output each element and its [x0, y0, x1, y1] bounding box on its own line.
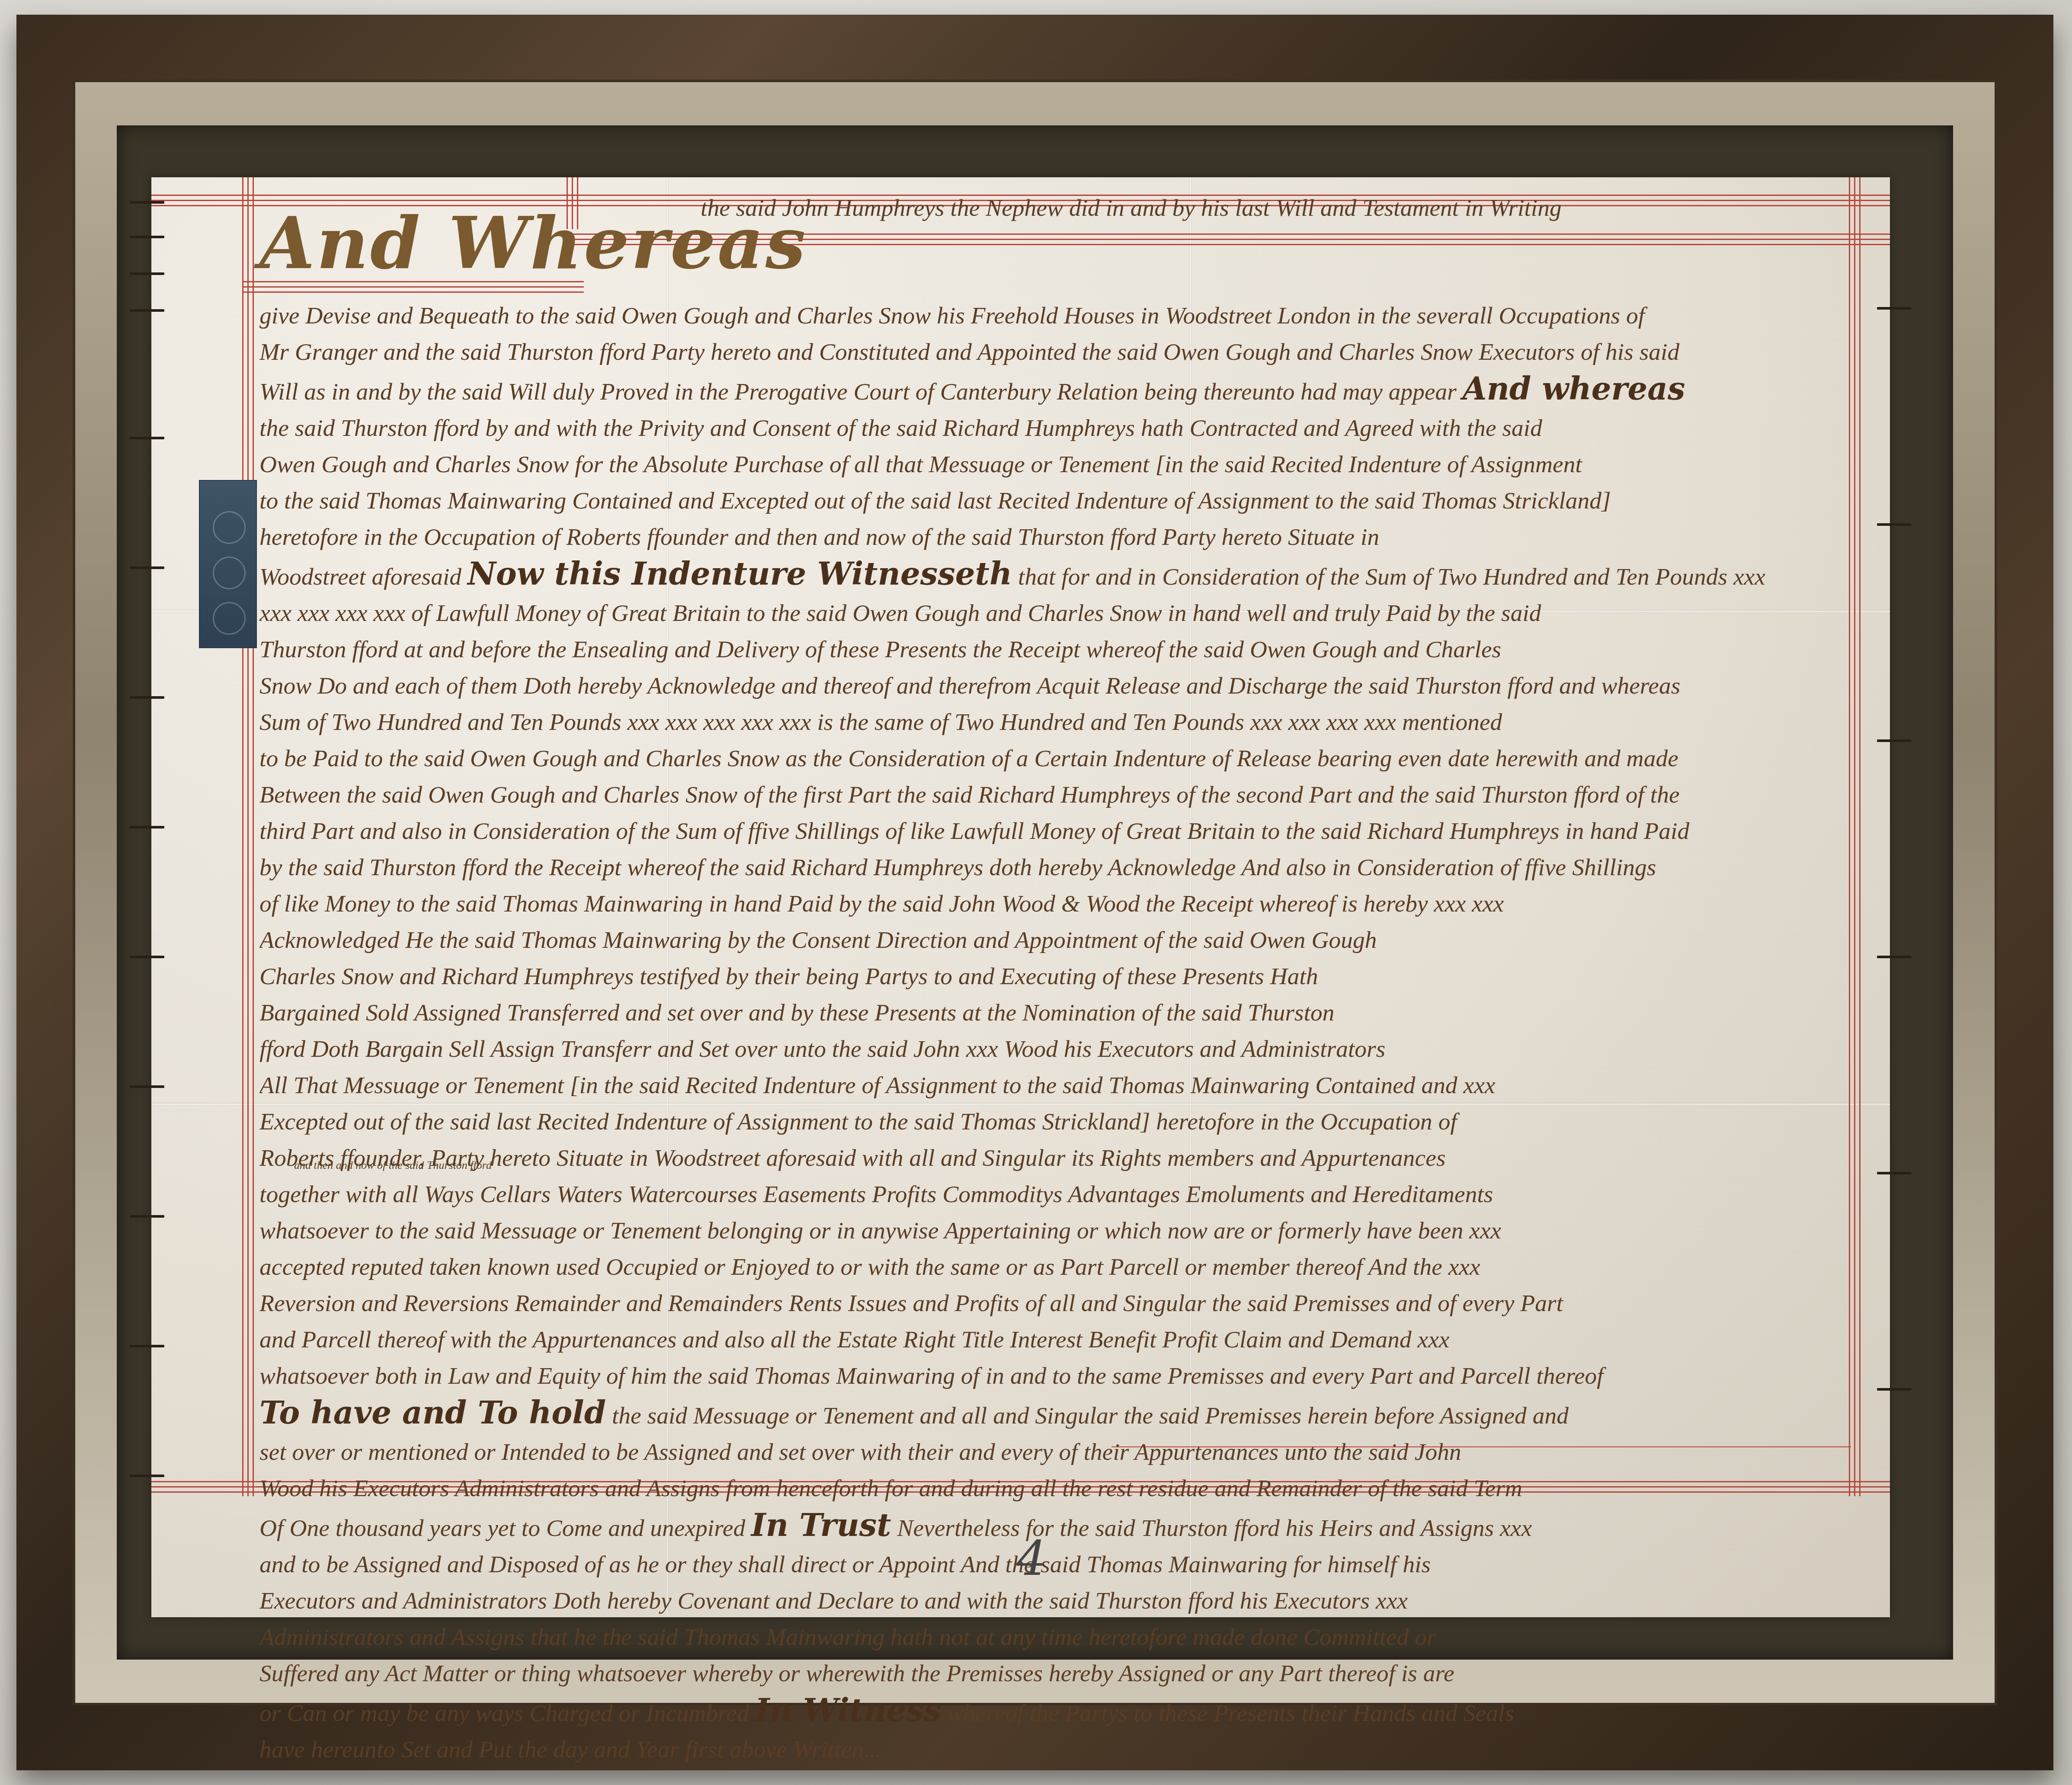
stitch — [130, 236, 164, 238]
text-line: Between the said Owen Gough and Charles … — [259, 777, 1842, 813]
text-line: Of One thousand years yet to Come and un… — [259, 1507, 1842, 1547]
text-line: Suffered any Act Matter or thing whatsoe… — [259, 1656, 1842, 1692]
text-line: to the said Thomas Mainwaring Contained … — [259, 483, 1842, 519]
text-line: the said John Humphreys the Nephew did i… — [259, 190, 1842, 227]
stitch — [1877, 1388, 1912, 1391]
parchment-document: And Whereas the said John Humphreys the … — [151, 177, 1890, 1617]
stitch — [130, 201, 164, 204]
text-line: to be Paid to the said Owen Gough and Ch… — [259, 741, 1842, 777]
text-line: and to be Assigned and Disposed of as he… — [259, 1547, 1842, 1583]
text-line: xxx xxx xxx xxx of Lawfull Money of Grea… — [259, 595, 1842, 632]
stitch — [1877, 739, 1912, 742]
text-line: by the said Thurston fford the Receipt w… — [259, 850, 1842, 886]
text-line: whatsoever to the said Messuage or Tenem… — [259, 1213, 1842, 1249]
stitch — [130, 272, 164, 275]
red-rule-right — [1849, 177, 1850, 1496]
red-rule-right — [1854, 177, 1855, 1496]
stitch — [130, 696, 164, 699]
red-rule-right — [1859, 177, 1861, 1496]
stitch — [1877, 1172, 1912, 1174]
text-line: Bargained Sold Assigned Transferred and … — [259, 995, 1842, 1031]
text-line: of like Money to the said Thomas Mainwar… — [259, 886, 1842, 922]
stitch — [1877, 523, 1912, 526]
text-line: give Devise and Bequeath to the said Owe… — [259, 298, 1842, 334]
text-line: Excepted out of the said last Recited In… — [259, 1104, 1842, 1140]
text-line: the said Thurston fford by and with the … — [259, 410, 1842, 447]
stitch — [130, 1345, 164, 1347]
text-line: accepted reputed taken known used Occupi… — [259, 1249, 1842, 1286]
text-line: Executors and Administrators Doth hereby… — [259, 1583, 1842, 1619]
text-line: Charles Snow and Richard Humphreys testi… — [259, 959, 1842, 995]
text-line: Sum of Two Hundred and Ten Pounds xxx xx… — [259, 704, 1842, 741]
text-line: have hereunto Set and Put the day and Ye… — [259, 1732, 1842, 1768]
emphasized-and-whereas: And whereas — [1463, 371, 1685, 407]
text-line: Roberts ffounder, Party hereto Situate i… — [259, 1140, 1842, 1177]
stitch — [130, 437, 164, 439]
stitch — [130, 1085, 164, 1088]
interlinear-insertion: and then and now of the said Thurston ff… — [294, 1159, 492, 1172]
text-line: Acknowledged He the said Thomas Mainwari… — [259, 922, 1842, 959]
red-rule-left — [247, 177, 249, 1496]
stitch — [130, 1475, 164, 1477]
text-line: together with all Ways Cellars Waters Wa… — [259, 1177, 1842, 1213]
text-line: All That Messuage or Tenement [in the sa… — [259, 1068, 1842, 1104]
text-line: set over or mentioned or Intended to be … — [259, 1434, 1842, 1471]
emphasized-to-have-and-to-hold: To have and To hold — [259, 1395, 606, 1431]
emphasized-in-trust: In Trust — [751, 1507, 891, 1543]
stitch — [1877, 956, 1912, 958]
text-line: and Parcell thereof with the Appurtenanc… — [259, 1322, 1842, 1358]
text-line: Owen Gough and Charles Snow for the Abso… — [259, 447, 1842, 483]
stitch — [130, 956, 164, 958]
text-line: or Can or may be any ways Charged or Inc… — [259, 1692, 1842, 1732]
text-line: Woodstreet aforesaid Now this Indenture … — [259, 556, 1842, 595]
text-line: Reversion and Reversions Remainder and R… — [259, 1286, 1842, 1322]
text-line: whatsoever both in Law and Equity of him… — [259, 1358, 1842, 1395]
text-line: heretofore in the Occupation of Roberts … — [259, 519, 1842, 556]
stitch — [130, 826, 164, 829]
emphasized-in-witness: In Witness — [755, 1692, 942, 1728]
text-line: fford Doth Bargain Sell Assign Transferr… — [259, 1031, 1842, 1068]
embossed-rose-icon — [213, 557, 246, 589]
embossed-rose-icon — [213, 602, 246, 635]
text-line: To have and To hold the said Messuage or… — [259, 1395, 1842, 1434]
stitch — [1877, 307, 1912, 310]
emphasized-now-this-indenture: Now this Indenture Witnesseth — [468, 556, 1012, 592]
text-line: third Part and also in Consideration of … — [259, 813, 1842, 850]
text-line: Snow Do and each of them Doth hereby Ack… — [259, 668, 1842, 704]
red-rule-left — [242, 177, 243, 1496]
embossed-rose-icon — [213, 511, 246, 544]
stitch — [130, 1215, 164, 1218]
stitch — [130, 309, 164, 312]
text-line: Administrators and Assigns that he the s… — [259, 1619, 1842, 1656]
revenue-stamp — [199, 480, 257, 648]
text-line: Wood his Executors Administrators and As… — [259, 1471, 1842, 1507]
text-line: Will as in and by the said Will duly Pro… — [259, 371, 1842, 410]
text-line: Mr Granger and the said Thurston fford P… — [259, 334, 1842, 371]
stitch — [130, 566, 164, 569]
pencil-mark: 4 — [1016, 1531, 1047, 1586]
red-rule-left — [253, 177, 254, 1496]
text-line: Thurston fford at and before the Enseali… — [259, 632, 1842, 668]
document-body: the said John Humphreys the Nephew did i… — [259, 298, 1842, 1768]
